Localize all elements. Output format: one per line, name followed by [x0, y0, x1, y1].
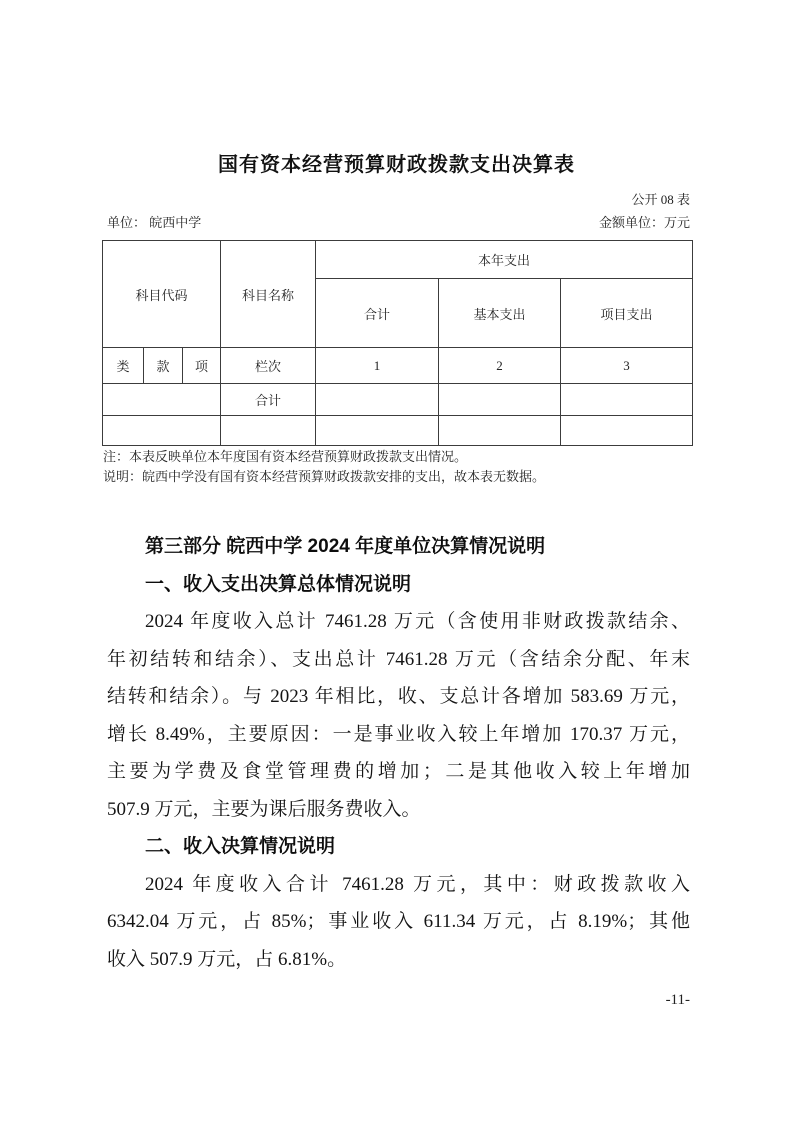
- cell-index-1: 1: [316, 348, 439, 384]
- section2-heading: 二、收入决算情况说明: [107, 828, 690, 866]
- cell-total-row-label: 合计: [221, 384, 316, 416]
- cell-section: 款: [144, 348, 183, 384]
- amount-unit-label: 金额单位：万元: [599, 212, 690, 231]
- document-page: 国有资本经营预算财政拨款支出决算表 公开 08 表 单位： 皖西中学 金额单位：…: [0, 0, 793, 1122]
- cell-column-index-label: 栏次: [221, 348, 316, 384]
- empty-cell: [103, 384, 221, 416]
- header-total: 合计: [316, 279, 439, 348]
- header-project-expenditure: 项目支出: [561, 279, 693, 348]
- unit-label: 单位： 皖西中学: [102, 212, 201, 231]
- table-code-label: 公开 08 表: [102, 189, 690, 208]
- empty-cell: [103, 416, 221, 446]
- para1-line: 结转和结余）。与 2023 年相比，收、支总计各增加 583.69 万元，: [107, 678, 690, 716]
- cell-class: 类: [103, 348, 144, 384]
- empty-cell: [316, 384, 439, 416]
- para2-line: 收入 507.9 万元，占 6.81%。: [107, 941, 690, 979]
- empty-cell: [561, 416, 693, 446]
- empty-cell: [221, 416, 316, 446]
- header-current-year-expenditure: 本年支出: [316, 241, 693, 279]
- para1-line: 507.9 万元，主要为课后服务费收入。: [107, 791, 690, 829]
- page-number: -11-: [102, 992, 690, 1009]
- table-meta-row: 单位： 皖西中学 金额单位：万元: [102, 212, 690, 231]
- empty-cell: [439, 384, 561, 416]
- explanation-line: 说明：皖西中学没有国有资本经营预算财政拨款安排的支出，故本表无数据。: [103, 467, 690, 487]
- cell-index-2: 2: [439, 348, 561, 384]
- header-basic-expenditure: 基本支出: [439, 279, 561, 348]
- note-line: 注：本表反映单位本年度国有资本经营预算财政拨款支出情况。: [103, 447, 690, 467]
- narrative-section: 第三部分 皖西中学 2024 年度单位决算情况说明 一、收入支出决算总体情况说明…: [107, 528, 690, 978]
- header-subject-code: 科目代码: [103, 241, 221, 348]
- para1-line: 主要为学费及食堂管理费的增加；二是其他收入较上年增加: [107, 753, 690, 791]
- expenditure-table: 科目代码 科目名称 本年支出 合计 基本支出 项目支出 类 款 项 栏次 1 2…: [102, 240, 693, 446]
- header-subject-name: 科目名称: [221, 241, 316, 348]
- cell-item: 项: [183, 348, 221, 384]
- part3-heading: 第三部分 皖西中学 2024 年度单位决算情况说明: [107, 528, 690, 566]
- para2-line: 2024 年度收入合计 7461.28 万元，其中：财政拨款收入: [107, 866, 690, 904]
- para1-line: 2024 年度收入总计 7461.28 万元（含使用非财政拨款结余、: [107, 603, 690, 641]
- para2-line: 6342.04 万元，占 85%；事业收入 611.34 万元，占 8.19%；…: [107, 903, 690, 941]
- cell-index-3: 3: [561, 348, 693, 384]
- page-title: 国有资本经营预算财政拨款支出决算表: [0, 148, 793, 177]
- table-notes: 注：本表反映单位本年度国有资本经营预算财政拨款支出情况。 说明：皖西中学没有国有…: [103, 447, 690, 486]
- para1-line: 年初结转和结余）、支出总计 7461.28 万元（含结余分配、年末: [107, 641, 690, 679]
- empty-cell: [316, 416, 439, 446]
- empty-cell: [439, 416, 561, 446]
- section1-heading: 一、收入支出决算总体情况说明: [107, 566, 690, 604]
- para1-line: 增长 8.49%，主要原因：一是事业收入较上年增加 170.37 万元，: [107, 716, 690, 754]
- empty-cell: [561, 384, 693, 416]
